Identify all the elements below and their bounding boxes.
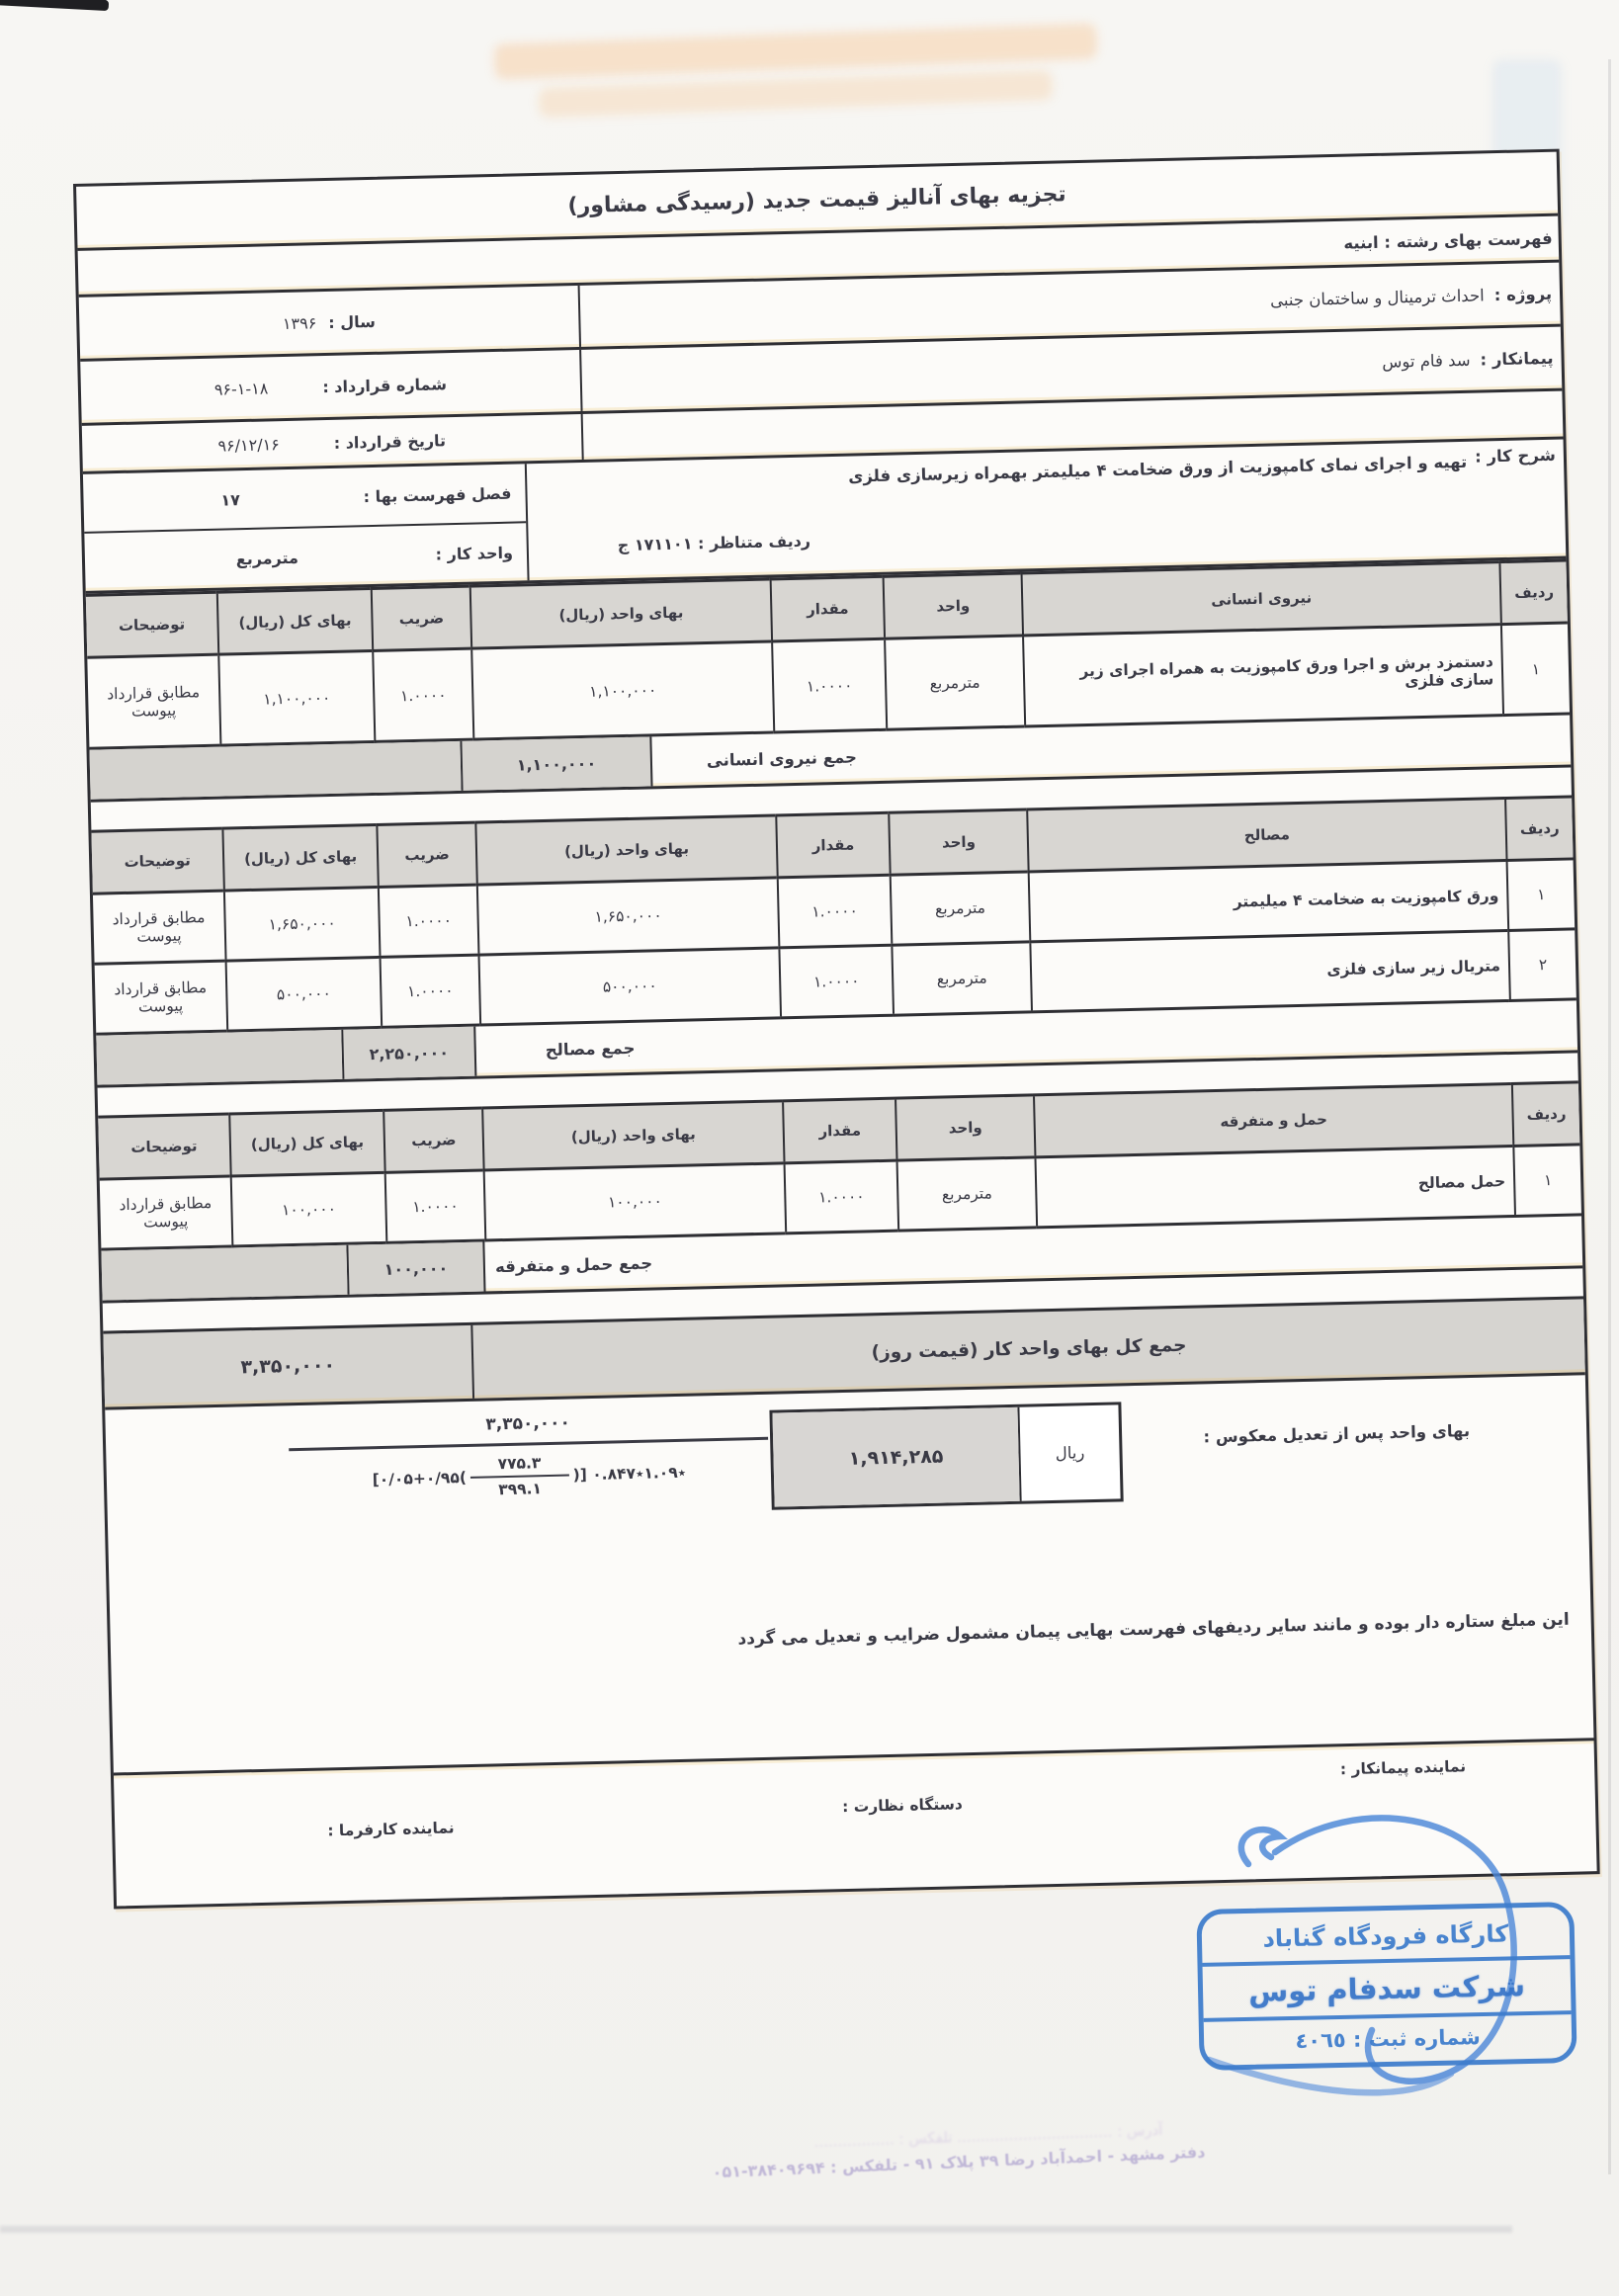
header-unit-price: بهای واحد (ریال) [482,1101,784,1170]
scan-edge-artifact [1608,59,1611,2174]
cell-unit: مترمربع [892,942,1032,1015]
header-qty: مقدار [783,1098,896,1163]
contractor-signature-label: نماینده پیمانکار : [1340,1757,1467,1778]
transport-sum-value: ۱۰۰,۰۰۰ [346,1241,485,1294]
header-total: بهای کل (ریال) [217,589,373,655]
adjustment-result-value: ۱,۹۱۴,۲۸۵ [772,1407,1019,1507]
header-factor: ضریب [383,1108,483,1172]
cell-factor: ۱.۰۰۰۰ [385,1170,486,1242]
denominator-prefix: [۰/۰۵+۰/۹۵( [373,1469,468,1488]
work-unit-value: مترمربع [99,545,436,571]
scan-edge-artifact [0,2226,1512,2233]
materials-sum-value: ۲,۲۵۰,۰۰۰ [341,1027,476,1079]
bleed-through [494,23,1098,79]
work-unit-label: واحد کار : [435,543,513,563]
labor-sum-value: ۱,۱۰۰,۰۰۰ [460,736,652,791]
chapter-value: ۱۷ [97,487,363,512]
cell-row-no: ۱ [1513,1145,1581,1217]
cell-total: ۱,۶۵۰,۰۰۰ [224,887,381,961]
cell-unit-price: ۵۰۰,۰۰۰ [478,948,781,1025]
chapter-row: فصل فهرست بها : ۱۷ [83,464,526,534]
header-row-no: ردیف [1512,1082,1579,1147]
header-notes: توضیحات [86,592,218,657]
cell-unit: مترمربع [897,1157,1038,1231]
work-desc-value: تهیه و اجرای نمای کامپوزیت از ورق ضخامت … [814,448,1468,493]
header-labor: نیروی انسانی [1022,562,1501,636]
cell-qty: ۱.۰۰۰۰ [785,1160,899,1233]
header-unit: واحد [889,809,1028,875]
cell-unit: مترمربع [891,872,1031,945]
header-materials: مصالح [1027,799,1506,872]
cell-factor: ۱.۰۰۰۰ [381,955,481,1027]
cell-notes: مطابق قرارداد پیوست [87,654,220,748]
grand-total-value: ۳,۳۵۰,۰۰۰ [103,1325,474,1407]
contract-date-label: تاریخ قرارداد : [334,431,447,453]
header-notes: توضیحات [98,1114,230,1179]
header-unit: واحد [884,573,1023,638]
cell-total: ۱,۱۰۰,۰۰۰ [218,650,375,745]
form-title: تجزیه بهای آنالیز قیمت جدید (رسیدگی مشاو… [567,182,1066,218]
header-qty: مقدار [771,576,885,641]
cell-qty: ۱.۰۰۰۰ [779,945,894,1018]
work-unit-row: واحد کار : مترمربع [84,523,527,591]
header-total: بهای کل (ریال) [222,824,378,891]
cell-row-no: ۱ [1507,859,1576,931]
company-stamp: کارگاه فرودگاه گناباد شرکت سدفام توس شما… [1196,1902,1576,2071]
currency-label: ریال [1017,1404,1120,1500]
cell-factor: ۱.۰۰۰۰ [373,648,473,741]
header-unit: واحد [895,1095,1035,1160]
header-factor: ضریب [372,586,471,650]
work-desc-label: شرح کار : [1475,446,1556,467]
work-description-cell: شرح کار : تهیه و اجرای نمای کامپوزیت از … [527,440,1566,581]
chapter-unit-cell: فصل فهرست بها : ۱۷ واحد کار : مترمربع [83,464,530,591]
cell-notes: مطابق قرارداد پیوست [93,891,226,964]
bleed-through [539,70,1054,118]
cell-desc: حمل مصالح [1035,1146,1515,1227]
client-signature-label: نماینده کارفرما : [327,1819,455,1839]
cell-row-no: ۲ [1508,929,1576,1001]
contractor-label: پیمانکار : [1480,348,1553,369]
scanned-page: تجزیه بهای آنالیز قیمت جدید (رسیدگی مشاو… [0,0,1619,2296]
denominator-suffix: )] ٭۱.۰۹٭۰.۸۴۷ [572,1464,686,1485]
header-qty: مقدار [776,812,890,878]
header-unit-price: بهای واحد (ریال) [470,579,772,648]
inner-fraction-numerator: ۷۷۵.۳ [469,1454,568,1479]
sum-filler [96,1030,342,1085]
header-total: بهای کل (ریال) [229,1110,384,1176]
cell-qty: ۱.۰۰۰۰ [772,638,887,732]
cell-unit-price: ۱۰۰,۰۰۰ [484,1163,787,1240]
cell-total: ۵۰۰,۰۰۰ [226,957,383,1031]
cell-desc: متریال زیر سازی فلزی [1030,930,1510,1011]
transport-sum-label: جمع حمل و متفرقه [495,1253,653,1276]
labor-sum-label: جمع نیروی انسانی [707,747,857,770]
year-value: ۱۳۹۶ [283,313,317,333]
cell-unit: مترمربع [885,636,1025,729]
cell-desc: ورق کامپوزیت به ضخامت ۴ میلیمتر [1029,861,1509,942]
sum-filler [101,1245,347,1301]
field-list-label: فهرست بهای رشته : ابنیه [1343,228,1553,252]
formula-denominator: [۰/۰۵+۰/۹۵( ۷۷۵.۳ ۳۹۹.۱ )] ٭۱.۰۹٭۰.۸۴۷ [289,1449,769,1503]
header-factor: ضریب [377,822,476,887]
price-analysis-form: تجزیه بهای آنالیز قیمت جدید (رسیدگی مشاو… [73,149,1600,1910]
contractor-value: سد فام توس [1382,350,1471,371]
note-text: این مبلغ ستاره دار بوده و مانند سایر ردی… [737,1610,1570,1650]
materials-table: ردیف مصالح واحد مقدار بهای واحد (ریال) ض… [91,795,1576,1035]
cell-notes: مطابق قرارداد پیوست [100,1176,233,1249]
contract-date-value: ۹۶/۱۲/۱۶ [217,435,280,455]
contract-no-label: شماره قرارداد : [322,375,447,396]
supervision-signature-label: دستگاه نظارت : [842,1795,963,1816]
reverse-adjustment-section: بهای واحد پس از تعدیل معکوس : ریال ۱,۹۱۴… [105,1375,1590,1622]
header-row-no: ردیف [1499,560,1567,625]
chapter-label: فصل فهرست بها : [363,483,511,506]
header-row-no: ردیف [1505,797,1573,861]
materials-sum-label: جمع مصالح [546,1038,636,1059]
header-unit-price: بهای واحد (ریال) [475,815,777,885]
adjustment-label: بهای واحد پس از تعدیل معکوس : [1203,1421,1470,1446]
cell-unit-price: ۱,۱۰۰,۰۰۰ [471,641,774,739]
cell-qty: ۱.۰۰۰۰ [778,875,893,948]
cell-row-no: ۱ [1501,623,1570,716]
cell-total: ۱۰۰,۰۰۰ [231,1172,387,1246]
inner-fraction-denominator: ۳۹۹.۱ [470,1477,569,1499]
year-cell: سال : ۱۳۹۶ [79,286,581,359]
cell-desc: دستمزد برش و اجرا ورق کامپوزیت به همراه … [1023,625,1503,726]
project-value: احداث ترمینال و ساختمان جنبی [1270,286,1485,309]
stamp-registration-number: شماره ثبت : ٤٠٦٥ [1204,2014,1573,2066]
cell-factor: ۱.۰۰۰۰ [379,885,479,957]
contract-no-value: ۹۶-۱-۱۸ [214,379,269,398]
cell-notes: مطابق قرارداد پیوست [95,961,228,1034]
project-label: پروژه : [1494,284,1553,303]
scan-edge-artifact [0,0,109,11]
header-notes: توضیحات [91,828,223,893]
stamp-company-name: شرکت سدفام توس [1203,1959,1572,2022]
adjustment-formula: ۳,۳۵۰,۰۰۰ [۰/۰۵+۰/۹۵( ۷۷۵.۳ ۳۹۹.۱ )] ٭۱.… [289,1408,770,1503]
cell-unit-price: ۱,۶۵۰,۰۰۰ [477,878,780,955]
year-label: سال : [328,311,376,331]
inner-fraction: ۷۷۵.۳ ۳۹۹.۱ [469,1454,569,1499]
reference-row: ردیف متناظر : ۱۷۱۱۰۱ ج [618,532,811,555]
stamp-workshop-line: کارگاه فرودگاه گناباد [1201,1907,1570,1967]
contract-no-cell: شماره قرارداد : ۹۶-۱-۱۸ [80,350,582,423]
header-transport: حمل و متفرقه [1034,1083,1513,1156]
adjustment-result-box: ریال ۱,۹۱۴,۲۸۵ [769,1402,1123,1509]
sum-filler [89,741,461,800]
